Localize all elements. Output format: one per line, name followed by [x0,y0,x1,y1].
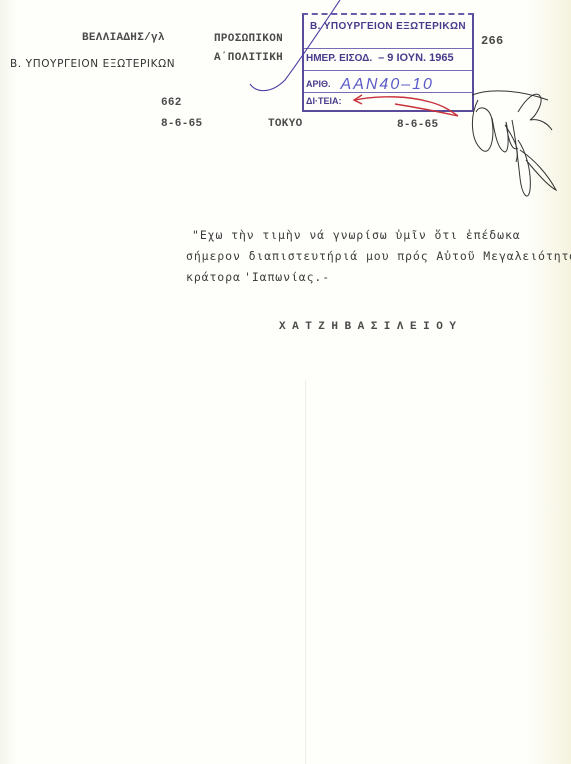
red-arrow-icon [355,97,458,116]
handwritten-initials-icon [472,91,556,196]
pen-stroke-icon [250,0,340,91]
handwriting-overlay [0,0,571,764]
